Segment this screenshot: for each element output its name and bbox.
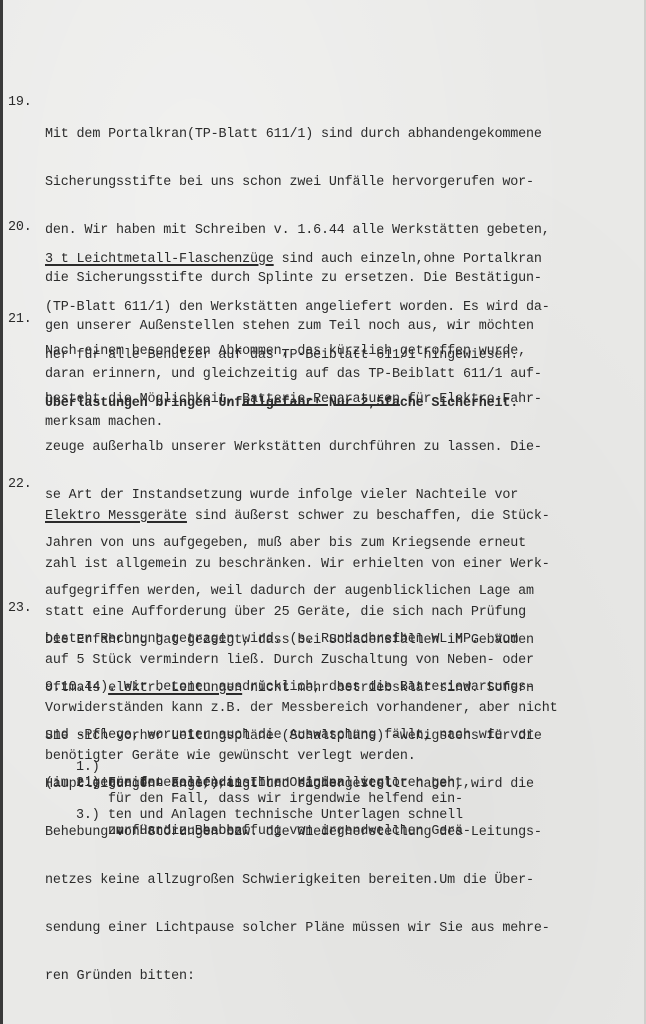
- text-fragment: nicht mehr betriebsklar sind. Sofern: [242, 681, 534, 696]
- sublist-item-3: 3.) um für die Beschaffung von irgendwel…: [0, 792, 646, 888]
- item-23-sublist: 1.) Für den Fall, dass Ihr Original verl…: [0, 744, 646, 844]
- underlined-phrase: 3 t Leichtmetall-Flaschenzüge: [45, 252, 274, 267]
- text-fragment: für Elektro-Fahr-: [400, 392, 542, 407]
- item-number: 22.: [8, 477, 32, 493]
- sublist-number: 3.): [76, 808, 100, 824]
- text-line: Elektro Messgeräte sind äußerst schwer z…: [45, 509, 558, 525]
- text-line: Nach einem besonderen Abkommen, das kürz…: [45, 344, 542, 360]
- text-line: zahl ist allgemein zu beschränken. Wir e…: [45, 557, 558, 573]
- underlined-phrase: Elektro Messgeräte: [45, 509, 187, 524]
- text-line: Die Erfahrung hat gezeigt, dass bei Scha…: [45, 633, 550, 649]
- text-fragment: besteht die Möglichkeit,: [45, 392, 242, 407]
- item-number: 19.: [8, 95, 32, 111]
- text-line: Sicherungsstifte bei uns schon zwei Unfä…: [45, 175, 550, 191]
- text-fragment: sind äußerst schwer zu beschaffen, die S…: [187, 509, 550, 524]
- text-fragment: sind auch einzeln,ohne Portalkran: [274, 252, 542, 267]
- text-line: oftmals elektr. Leitungen nicht mehr bet…: [45, 681, 550, 697]
- sublist-text: zur Hand zu haben.: [108, 824, 250, 840]
- item-20: 20. 3 t Leichtmetall-Flaschenzüge sind a…: [0, 220, 646, 284]
- sublist-text: ten und Anlagen technische Unterlagen sc…: [108, 808, 463, 824]
- item-number: 23.: [8, 601, 32, 617]
- text-line: Mit dem Portalkran(TP-Blatt 611/1) sind …: [45, 127, 550, 143]
- text-fragment: oftmals: [45, 681, 108, 696]
- text-line: 3 t Leichtmetall-Flaschenzüge sind auch …: [45, 252, 550, 268]
- item-21: 21. Nach einem besonderen Abkommen, das …: [0, 312, 646, 376]
- underlined-phrase: Batterie-Reparaturen: [242, 392, 400, 407]
- item-22: 22. Elektro Messgeräte sind äußerst schw…: [0, 477, 646, 541]
- item-number: 20.: [8, 220, 32, 236]
- text-line: sendung einer Lichtpause solcher Pläne m…: [45, 921, 550, 937]
- item-23: 23. Die Erfahrung hat gezeigt, dass bei …: [0, 601, 646, 665]
- text-line: zeuge außerhalb unserer Werkstätten durc…: [45, 440, 542, 456]
- sublist-text: greifen sollen,: [108, 776, 226, 792]
- item-number: 21.: [8, 312, 32, 328]
- document-page: 19. Mit dem Portalkran(TP-Blatt 611/1) s…: [0, 0, 646, 1024]
- sublist-number: 2.): [76, 776, 100, 792]
- text-line: besteht die Möglichkeit, Batterie-Repara…: [45, 392, 542, 408]
- underlined-phrase: elektr. Leitungen: [108, 681, 242, 696]
- item-19: 19. Mit dem Portalkran(TP-Blatt 611/1) s…: [0, 95, 646, 159]
- text-line: ren Gründen bitten:: [45, 969, 550, 985]
- text-line: Sie sich vorher Leitungspläne (Schaltplä…: [45, 729, 550, 745]
